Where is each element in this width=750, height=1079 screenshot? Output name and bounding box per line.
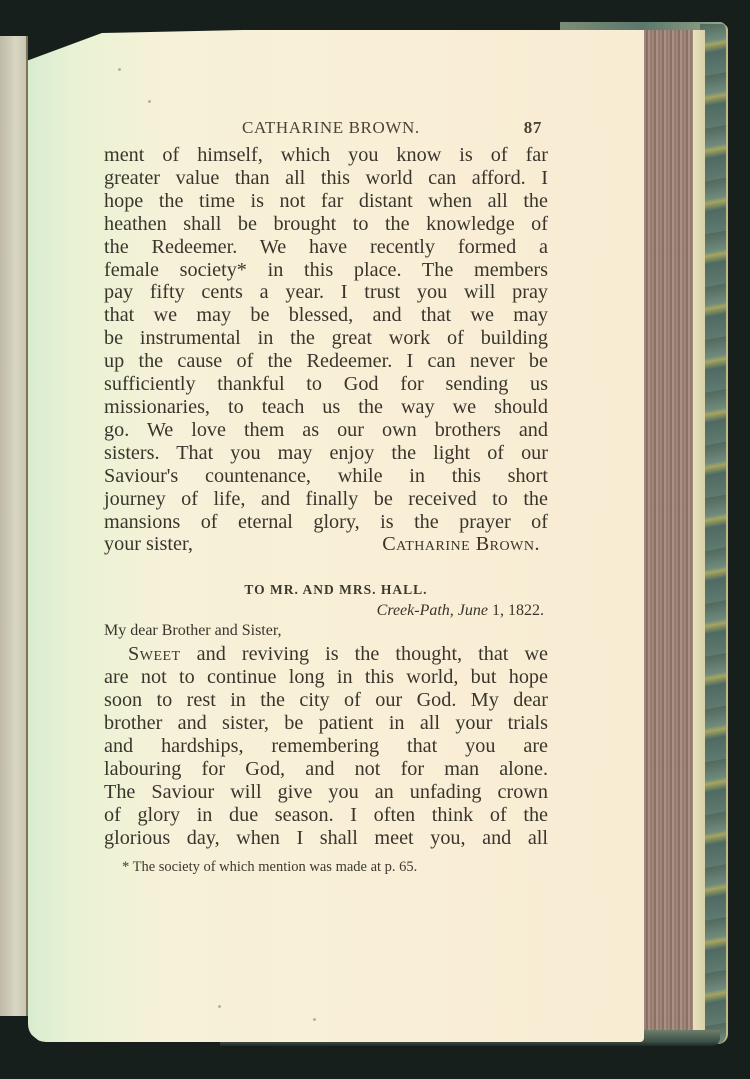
text-line: glorious day, when I shall meet you, and… [104, 827, 548, 850]
page-content: CATHARINE BROWN. 87 ment of himself, whi… [104, 118, 548, 876]
text-line: and hardships, remembering that you are [104, 735, 548, 758]
text-line-first: Sweet and reviving is the thought, that … [104, 643, 548, 666]
text-line: hope the time is not far distant when al… [104, 190, 548, 213]
text-line: greater value than all this world can af… [104, 167, 548, 190]
paper-spot [148, 100, 151, 103]
text-line: be instrumental in the great work of bui… [104, 327, 548, 350]
text-line: of glory in due season. I often think of… [104, 804, 548, 827]
dateline-date: 1, 1822. [492, 602, 544, 619]
text-line: female society* in this place. The membe… [104, 259, 548, 282]
text-line: labouring for God, and not for man alone… [104, 758, 548, 781]
text-line: up the cause of the Redeemer. I can neve… [104, 350, 548, 373]
page-fore-edge [643, 30, 693, 1038]
text-line: that we may be blessed, and that we may [104, 304, 548, 327]
text-line: Saviour's countenance, while in this sho… [104, 465, 548, 488]
text-line: journey of life, and finally be received… [104, 488, 548, 511]
text-line: ment of himself, which you know is of fa… [104, 144, 548, 167]
text-line: missionaries, to teach us the way we sho… [104, 396, 548, 419]
paper-spot [218, 1005, 221, 1008]
text-line: heathen shall be brought to the knowledg… [104, 213, 548, 236]
closing: your sister, [104, 533, 193, 556]
letter-2-body: Sweet and reviving is the thought, that … [104, 643, 548, 849]
text-line: the Redeemer. We have recently formed a [104, 236, 548, 259]
drop-word: Sweet [128, 643, 181, 665]
paper-spot [313, 1018, 316, 1021]
signature: Catharine Brown. [382, 533, 548, 556]
facing-page-edge [0, 36, 28, 1016]
text-line: sufficiently thankful to God for sending… [104, 373, 548, 396]
letter-1-body: ment of himself, which you know is of fa… [104, 144, 548, 556]
closing-line: your sister, Catharine Brown. [104, 533, 548, 556]
text-line: sisters. That you may enjoy the light of… [104, 442, 548, 465]
dateline: Creek-Path, June 1, 1822. [104, 602, 548, 620]
text-line: soon to rest in the city of our God. My … [104, 689, 548, 712]
dateline-month: June [458, 602, 488, 619]
text-line: go. We love them as our own brothers and [104, 419, 548, 442]
book-page: CATHARINE BROWN. 87 ment of himself, whi… [28, 30, 644, 1042]
running-head-title: CATHARINE BROWN. [242, 118, 420, 138]
book-scan: CATHARINE BROWN. 87 ment of himself, whi… [0, 0, 750, 1079]
text-line: mansions of eternal glory, is the prayer… [104, 511, 548, 534]
letter-2-heading: TO MR. AND MRS. HALL. [104, 582, 548, 598]
salutation: My dear Brother and Sister, [104, 622, 548, 640]
running-head: CATHARINE BROWN. 87 [104, 118, 548, 144]
page-number: 87 [524, 118, 542, 138]
footnote: * The society of which mention was made … [104, 859, 548, 876]
text-line: The Saviour will give you an unfading cr… [104, 781, 548, 804]
text-line: pay fifty cents a year. I trust you will… [104, 281, 548, 304]
text-line: are not to continue long in this world, … [104, 666, 548, 689]
paper-spot [118, 68, 121, 71]
dateline-place: Creek-Path, [377, 602, 454, 619]
endpaper-edge [692, 30, 705, 1035]
first-line-rest: and reviving is the thought, that we [197, 643, 548, 665]
text-line: brother and sister, be patient in all yo… [104, 712, 548, 735]
